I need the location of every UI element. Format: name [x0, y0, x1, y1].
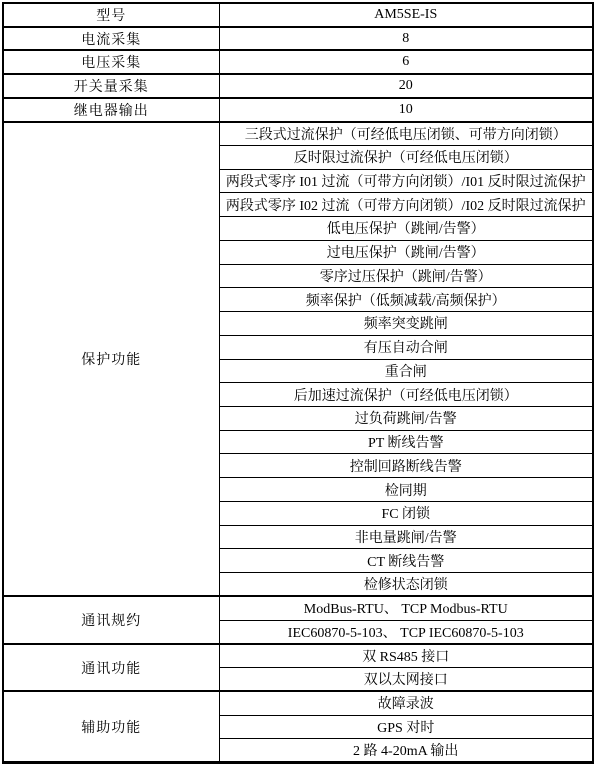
spec-value-cell: 6 — [219, 50, 593, 74]
table-row: 通讯功能双 RS485 接口 — [3, 644, 593, 668]
spec-label-cell: 开关量采集 — [3, 74, 219, 98]
spec-value-cell: PT 断线告警 — [219, 430, 593, 454]
spec-value-cell: 8 — [219, 27, 593, 51]
spec-label-cell: 型号 — [3, 3, 219, 27]
spec-value-cell: 2 路 4-20mA 输出 — [219, 739, 593, 763]
table-row: 电流采集8 — [3, 27, 593, 51]
spec-value-cell: 频率突变跳闸 — [219, 312, 593, 336]
spec-label-cell: 通讯规约 — [3, 596, 219, 643]
spec-label-cell: 电压采集 — [3, 50, 219, 74]
table-row: 保护功能三段式过流保护（可经低电压闭锁、可带方向闭锁） — [3, 122, 593, 146]
spec-value-cell: 低电压保护（跳闸/告警） — [219, 217, 593, 241]
spec-value-cell: 非电量跳闸/告警 — [219, 525, 593, 549]
table-row: 通讯规约ModBus-RTU、 TCP Modbus-RTU — [3, 596, 593, 620]
spec-value-cell: 20 — [219, 74, 593, 98]
table-row: 电压采集6 — [3, 50, 593, 74]
table-row: 辅助功能故障录波 — [3, 691, 593, 715]
spec-value-cell: 检同期 — [219, 478, 593, 502]
spec-value-cell: 有压自动合闸 — [219, 335, 593, 359]
spec-value-cell: 过负荷跳闸/告警 — [219, 406, 593, 430]
spec-value-cell: CT 断线告警 — [219, 549, 593, 573]
spec-label-cell: 保护功能 — [3, 122, 219, 597]
table-row: 型号AM5SE-IS — [3, 3, 593, 27]
spec-table: 型号AM5SE-IS电流采集8电压采集6开关量采集20继电器输出10保护功能三段… — [2, 2, 594, 764]
spec-value-cell: 三段式过流保护（可经低电压闭锁、可带方向闭锁） — [219, 122, 593, 146]
spec-value-cell: AM5SE-IS — [219, 3, 593, 27]
spec-value-cell: 重合闸 — [219, 359, 593, 383]
spec-value-cell: 两段式零序 I02 过流（可带方向闭锁）/I02 反时限过流保护 — [219, 193, 593, 217]
page: 型号AM5SE-IS电流采集8电压采集6开关量采集20继电器输出10保护功能三段… — [0, 0, 596, 767]
spec-label-cell: 通讯功能 — [3, 644, 219, 691]
spec-label-cell: 电流采集 — [3, 27, 219, 51]
spec-table-body: 型号AM5SE-IS电流采集8电压采集6开关量采集20继电器输出10保护功能三段… — [3, 3, 593, 763]
spec-value-cell: ModBus-RTU、 TCP Modbus-RTU — [219, 596, 593, 620]
spec-value-cell: 过电压保护（跳闸/告警） — [219, 240, 593, 264]
spec-value-cell: 双以太网接口 — [219, 668, 593, 692]
spec-value-cell: FC 闭锁 — [219, 501, 593, 525]
spec-value-cell: 后加速过流保护（可经低电压闭锁） — [219, 383, 593, 407]
spec-value-cell: IEC60870-5-103、 TCP IEC60870-5-103 — [219, 620, 593, 644]
spec-label-cell: 辅助功能 — [3, 691, 219, 762]
spec-value-cell: 故障录波 — [219, 691, 593, 715]
spec-value-cell: 检修状态闭锁 — [219, 573, 593, 597]
spec-value-cell: 零序过压保护（跳闸/告警） — [219, 264, 593, 288]
table-row: 开关量采集20 — [3, 74, 593, 98]
spec-label-cell: 继电器输出 — [3, 98, 219, 122]
spec-value-cell: 双 RS485 接口 — [219, 644, 593, 668]
spec-value-cell: 反时限过流保护（可经低电压闭锁） — [219, 145, 593, 169]
spec-value-cell: 10 — [219, 98, 593, 122]
table-row: 继电器输出10 — [3, 98, 593, 122]
spec-value-cell: 两段式零序 I01 过流（可带方向闭锁）/I01 反时限过流保护 — [219, 169, 593, 193]
spec-value-cell: 频率保护（低频减载/高频保护） — [219, 288, 593, 312]
spec-value-cell: 控制回路断线告警 — [219, 454, 593, 478]
spec-value-cell: GPS 对时 — [219, 715, 593, 739]
